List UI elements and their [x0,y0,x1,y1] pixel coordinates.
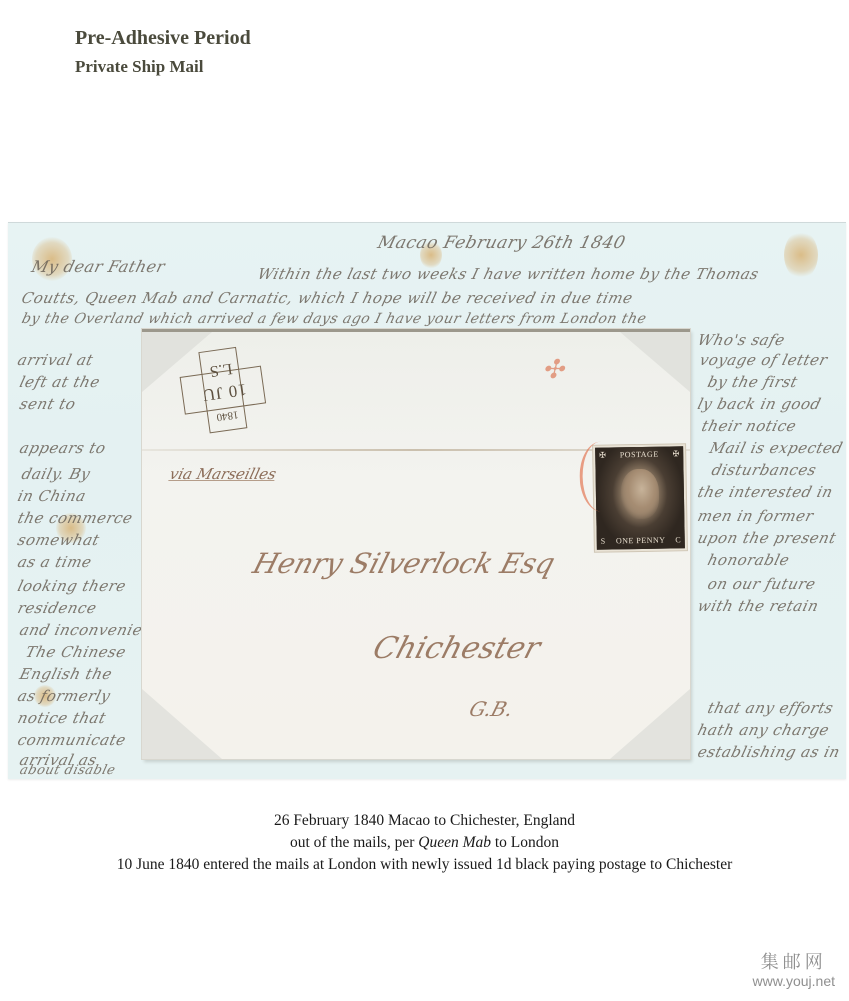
letter-line: with the retain [696,597,821,615]
route-endorsement: via Marseilles [168,465,278,483]
queen-victoria-portrait [620,469,659,520]
caption-line-2: out of the mails, per Queen Mab to Londo… [0,832,849,854]
letter-salutation: My dear Father [30,257,168,276]
letter-line: about disable [18,763,117,778]
letter-line: hath any charge [696,721,832,739]
penny-black-stamp: POSTAGE ONE PENNY S C ✠ ✠ [595,446,685,550]
site-watermark: 集邮网 www.youj.net [753,951,835,989]
letter-line: English the [18,665,114,683]
address-town: Chichester [369,631,544,666]
caption-line-1: 26 February 1840 Macao to Chichester, En… [0,810,849,832]
stamp-star-icon: ✠ [672,450,679,458]
letter-line: Mail is expected [708,439,845,457]
maltese-cross-handstamp: 1840 10 JU L.S [179,346,269,436]
page-title: Pre-Adhesive Period [75,26,251,50]
letter-dateline: Macao February 26th 1840 [376,233,628,253]
letter-line: Who's safe [696,331,787,349]
caption-text: out of the mails, per [290,834,418,851]
exhibit-caption: 26 February 1840 Macao to Chichester, En… [0,810,849,876]
stamp-postage-label: POSTAGE [595,450,683,460]
letter-line: The Chinese [24,643,128,661]
envelope-flap [142,689,222,759]
letter-line: Coutts, Queen Mab and Carnatic, which I … [20,289,635,307]
letter-line: appears to [18,439,108,457]
exhibit-photograph: Macao February 26th 1840 My dear Father … [8,222,846,778]
stamp-value-label: ONE PENNY [597,536,685,546]
letter-line: that any efforts [706,699,836,717]
watermark-chinese: 集邮网 [753,951,835,973]
letter-line: men in former [696,507,816,525]
caption-text: to London [491,834,559,851]
letter-line: by the first [706,373,800,391]
letter-line: voyage of letter [698,351,830,369]
ship-name: Queen Mab [418,834,491,851]
letter-line: the interested in [696,483,835,501]
letter-line: disturbances [710,461,819,479]
envelope-flap [620,332,690,392]
stain [784,231,818,279]
letter-line: the commerce [16,509,135,527]
letter-line: Within the last two weeks I have written… [256,265,761,283]
letter-line: residence [16,599,99,617]
address-country: G.B. [467,697,517,721]
letter-line: daily. By [20,465,93,483]
letter-line: arrival at [16,351,96,369]
red-cancel-mark: ✣ [542,355,562,385]
address-name: Henry Silverlock Esq [249,547,559,580]
letter-line: as formerly [16,687,113,705]
letter-line: ly back in good [696,395,823,413]
letter-line: communicate [16,731,128,749]
envelope-top-edge [142,329,690,332]
letter-line: looking there [16,577,128,595]
letter-line: upon the present [696,529,838,547]
letter-line: left at the [18,373,102,391]
letter-line: on our future [706,575,818,593]
letter-line: honorable [706,551,792,569]
letter-line: notice that [16,709,108,727]
envelope-flap [610,689,690,759]
stamp-corner-letter: S [601,538,606,546]
letter-line: as a time [16,553,94,571]
watermark-url: www.youj.net [753,973,835,989]
letter-line: sent to [18,395,78,413]
entire-letter-cover: 1840 10 JU L.S ✣ via Marseilles Henry Si… [142,329,690,759]
caption-line-3: 10 June 1840 entered the mails at London… [0,854,849,876]
page-heading: Pre-Adhesive Period Private Ship Mail [75,26,251,77]
letter-line: somewhat [16,531,102,549]
letter-line: their notice [700,417,799,435]
letter-line: establishing as in [696,743,842,761]
page-subtitle: Private Ship Mail [75,57,251,77]
letter-line: by the Overland which arrived a few days… [20,311,648,327]
stamp-corner-letter: C [675,536,680,544]
letter-line: in China [16,487,88,505]
stamp-star-icon: ✠ [599,452,606,460]
